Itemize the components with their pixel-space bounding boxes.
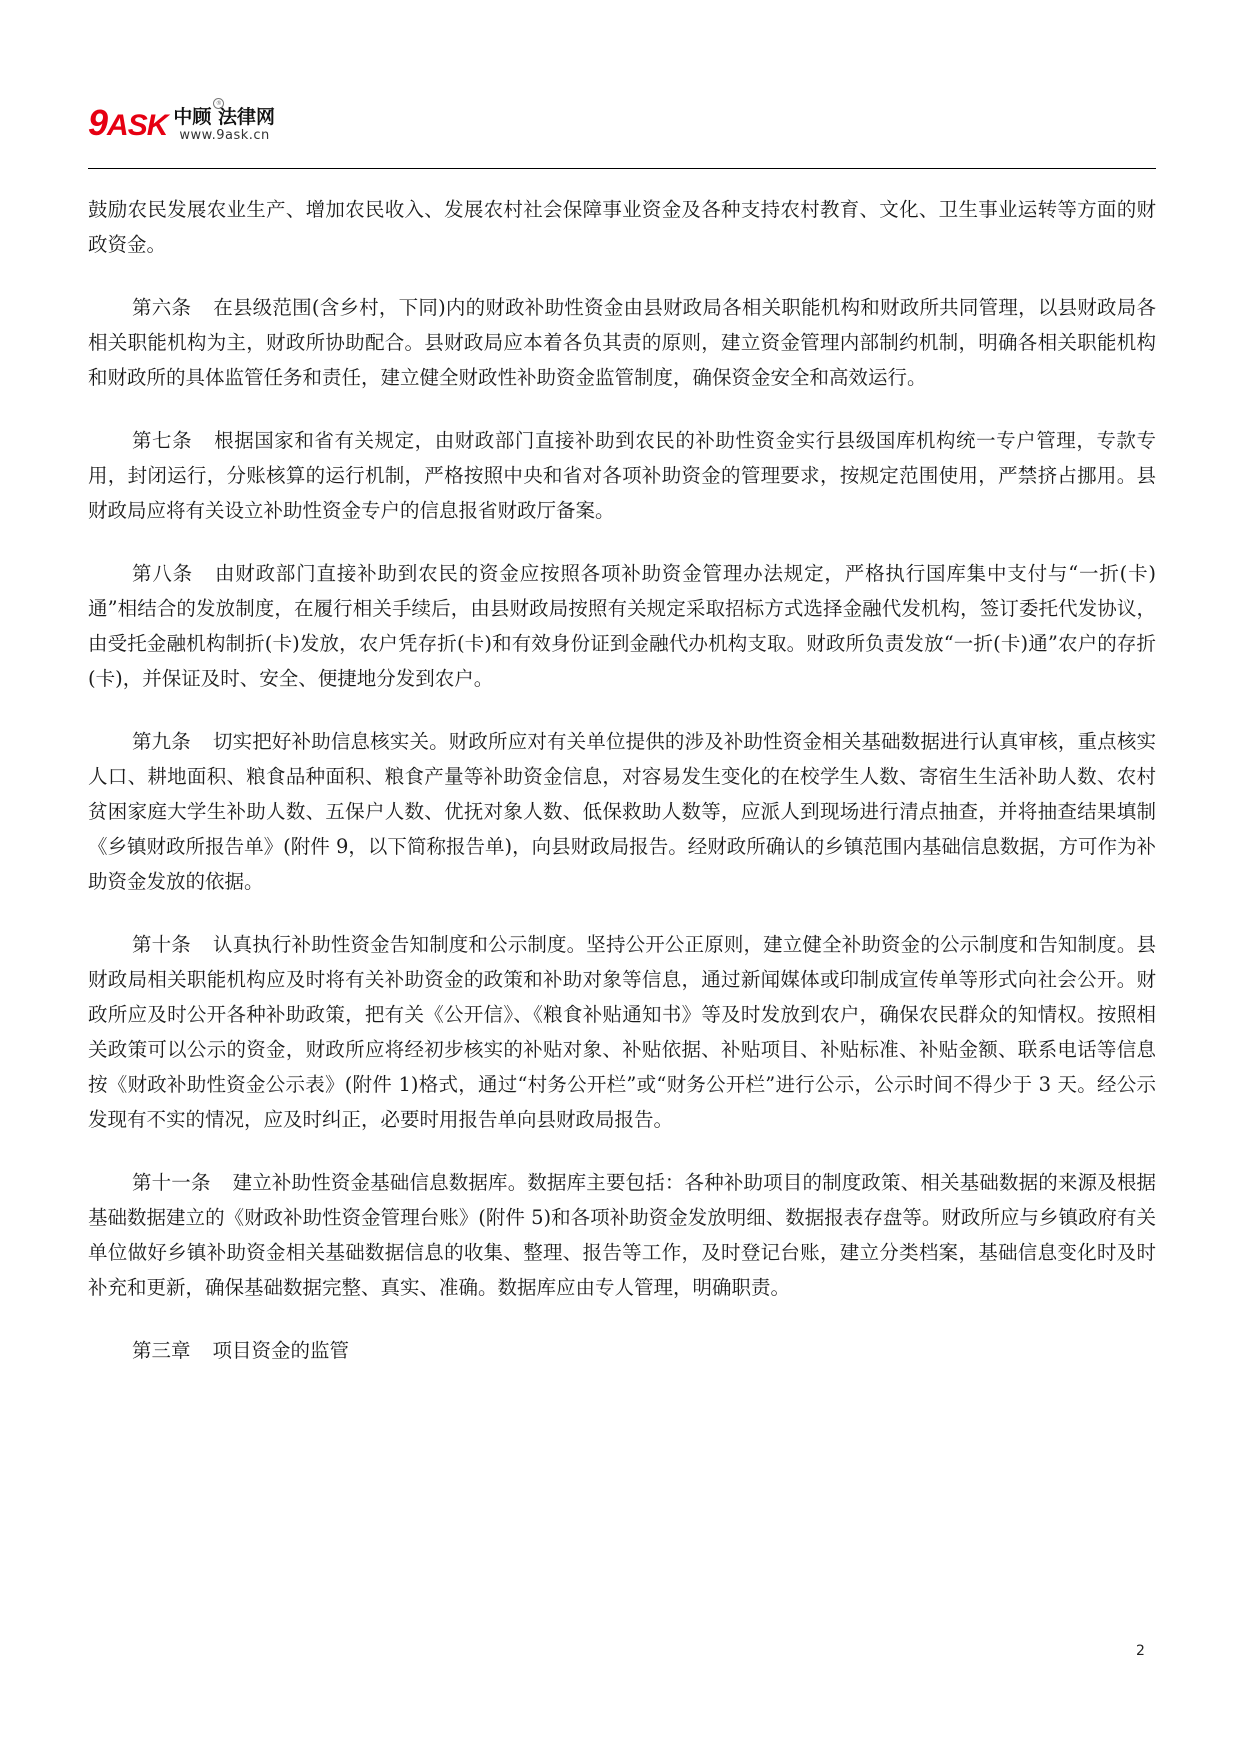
page-header: 9ASK 中顾 法律网 ® www.9ask.cn [88,100,1156,170]
site-logo[interactable]: 9ASK 中顾 法律网 ® www.9ask.cn [88,100,275,156]
chapter-heading: 第三章项目资金的监管 [88,1333,1156,1368]
paragraph-text: 鼓励农民发展农业生产、增加农民收入、发展农村社会保障事业资金及各种支持农村教育、… [88,198,1156,256]
paragraph-text: 切实把好补助信息核实关。财政所应对有关单位提供的涉及补助性资金相关基础数据进行认… [88,730,1156,893]
article-7: 第七条根据国家和省有关规定，由财政部门直接补助到农民的补助性资金实行县级国库机构… [88,423,1156,528]
chapter-number: 第三章 [132,1339,191,1362]
article-9: 第九条切实把好补助信息核实关。财政所应对有关单位提供的涉及补助性资金相关基础数据… [88,724,1156,899]
paragraph-text: 根据国家和省有关规定，由财政部门直接补助到农民的补助性资金实行县级国库机构统一专… [88,429,1156,522]
paragraph-text: 由财政部门直接补助到农民的资金应按照各项补助资金管理办法规定，严格执行国库集中支… [88,562,1156,690]
article-11: 第十一条建立补助性资金基础信息数据库。数据库主要包括：各种补助项目的制度政策、相… [88,1165,1156,1305]
paragraph-text: 认真执行补助性资金告知制度和公示制度。坚持公开公正原则，建立健全补助资金的公示制… [88,933,1156,1131]
logo-url: www.9ask.cn [179,128,275,144]
logo-brand-cn: 中顾 法律网 ® [173,106,275,128]
article-number: 第六条 [132,296,191,319]
article-6: 第六条在县级范围(含乡村，下同)内的财政补助性资金由县财政局各相关职能机构和财政… [88,290,1156,395]
paragraph-continuation: 鼓励农民发展农业生产、增加农民收入、发展农村社会保障事业资金及各种支持农村教育、… [88,192,1156,262]
article-number: 第八条 [132,562,193,585]
logo-mark-nine: 9 [88,102,107,143]
document-body: 鼓励农民发展农业生产、增加农民收入、发展农村社会保障事业资金及各种支持农村教育、… [88,192,1156,1368]
article-number: 第十条 [132,933,191,956]
article-10: 第十条认真执行补助性资金告知制度和公示制度。坚持公开公正原则，建立健全补助资金的… [88,927,1156,1137]
chapter-title: 项目资金的监管 [213,1339,350,1362]
page-number: 2 [1136,1643,1145,1659]
paragraph-text: 建立补助性资金基础信息数据库。数据库主要包括：各种补助项目的制度政策、相关基础数… [88,1171,1156,1299]
logo-brand-cn-text: 中顾 法律网 [173,106,275,128]
header-divider [88,168,1156,169]
paragraph-text: 在县级范围(含乡村，下同)内的财政补助性资金由县财政局各相关职能机构和财政所共同… [88,296,1156,389]
article-number: 第九条 [132,730,191,753]
article-number: 第七条 [132,429,192,452]
logo-mark-9ask: 9ASK [88,108,167,141]
logo-text-group: 中顾 法律网 ® www.9ask.cn [173,100,275,144]
logo-mark-rest: ASK [107,109,167,142]
article-8: 第八条由财政部门直接补助到农民的资金应按照各项补助资金管理办法规定，严格执行国库… [88,556,1156,696]
article-number: 第十一条 [132,1171,211,1194]
